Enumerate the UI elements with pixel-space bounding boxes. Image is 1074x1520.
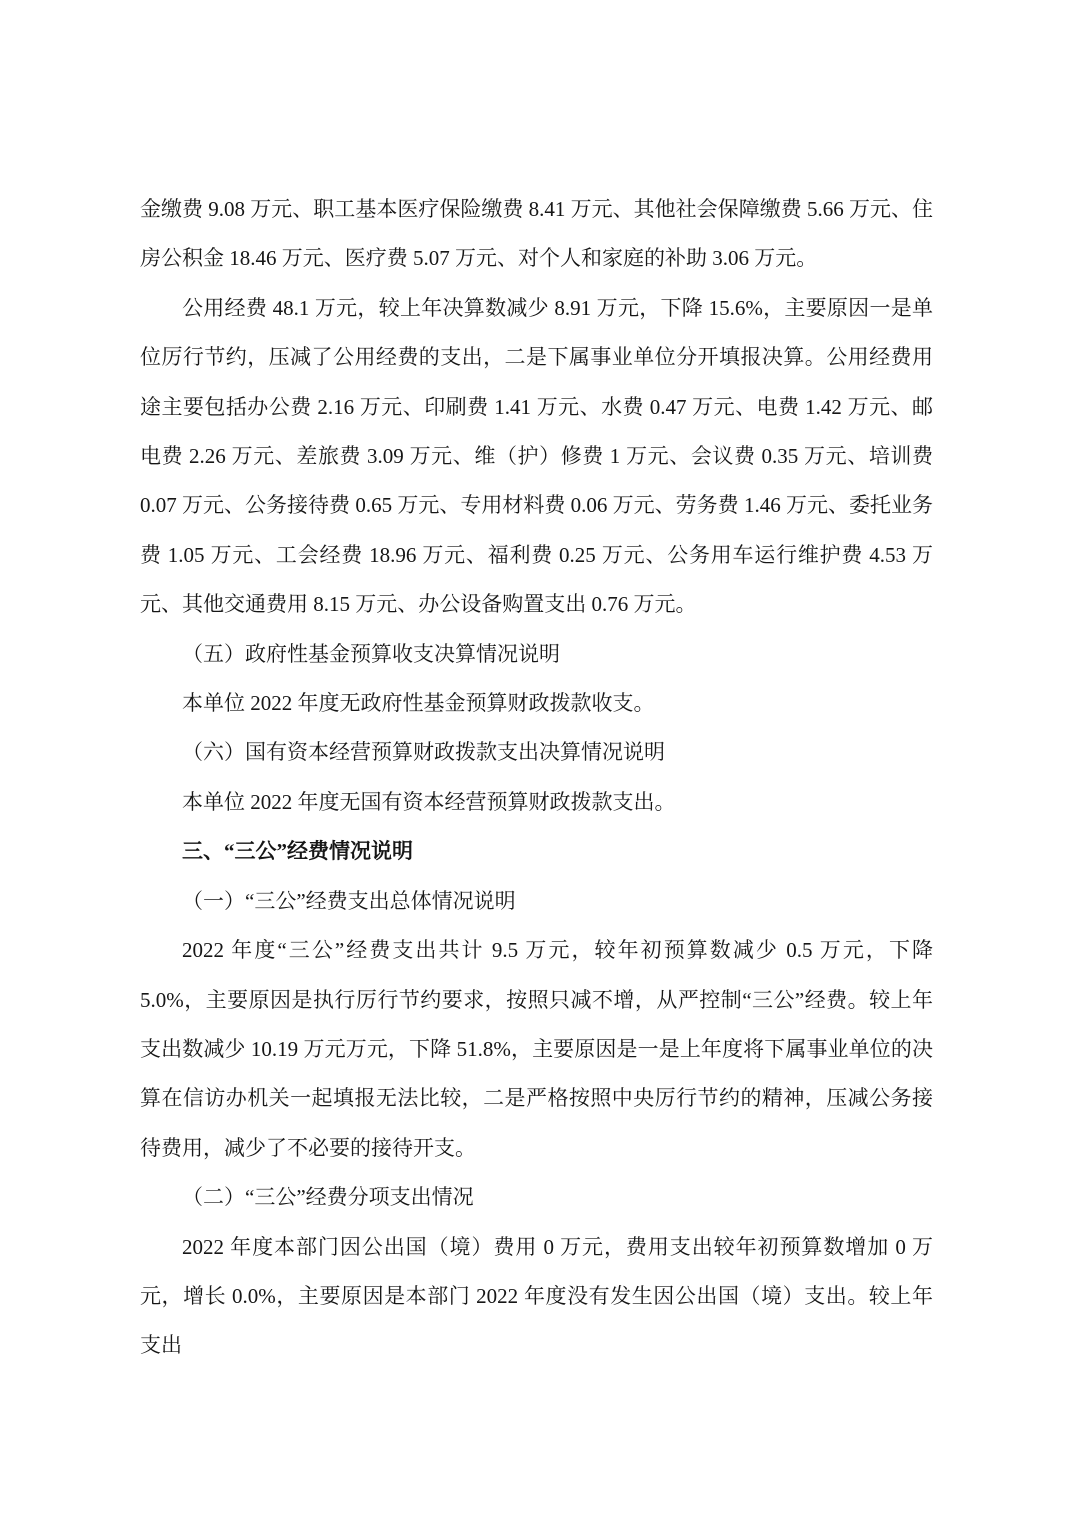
- heading-section-five-gov-fund-budget: （五）政府性基金预算收支决算情况说明: [140, 630, 933, 679]
- heading-section-six-state-capital-budget: （六）国有资本经营预算财政拨款支出决算情况说明: [140, 728, 933, 777]
- para-public-operating-expense-detail: 公用经费 48.1 万元，较上年决算数减少 8.91 万元，下降 15.6%，主…: [140, 284, 933, 630]
- para-insurance-housing-fund-continued: 金缴费 9.08 万元、职工基本医疗保险缴费 8.41 万元、其他社会保障缴费 …: [140, 185, 933, 284]
- text-block: 金缴费 9.08 万元、职工基本医疗保险缴费 8.41 万元、其他社会保障缴费 …: [140, 185, 933, 1371]
- para-no-gov-fund-budget: 本单位 2022 年度无政府性基金预算财政拨款收支。: [140, 679, 933, 728]
- para-no-state-capital-budget: 本单位 2022 年度无国有资本经营预算财政拨款支出。: [140, 778, 933, 827]
- para-three-public-overall-spending: 2022 年度“三公”经费支出共计 9.5 万元，较年初预算数减少 0.5 万元…: [140, 926, 933, 1173]
- para-overseas-travel-expense: 2022 年度本部门因公出国（境）费用 0 万元，费用支出较年初预算数增加 0 …: [140, 1223, 933, 1371]
- heading-sub-one-overall-situation: （一）“三公”经费支出总体情况说明: [140, 877, 933, 926]
- document-page: 金缴费 9.08 万元、职工基本医疗保险缴费 8.41 万元、其他社会保障缴费 …: [0, 0, 1074, 1520]
- heading-sub-two-itemized-spending: （二）“三公”经费分项支出情况: [140, 1173, 933, 1222]
- heading-three-public-expenses: 三、“三公”经费情况说明: [140, 827, 933, 876]
